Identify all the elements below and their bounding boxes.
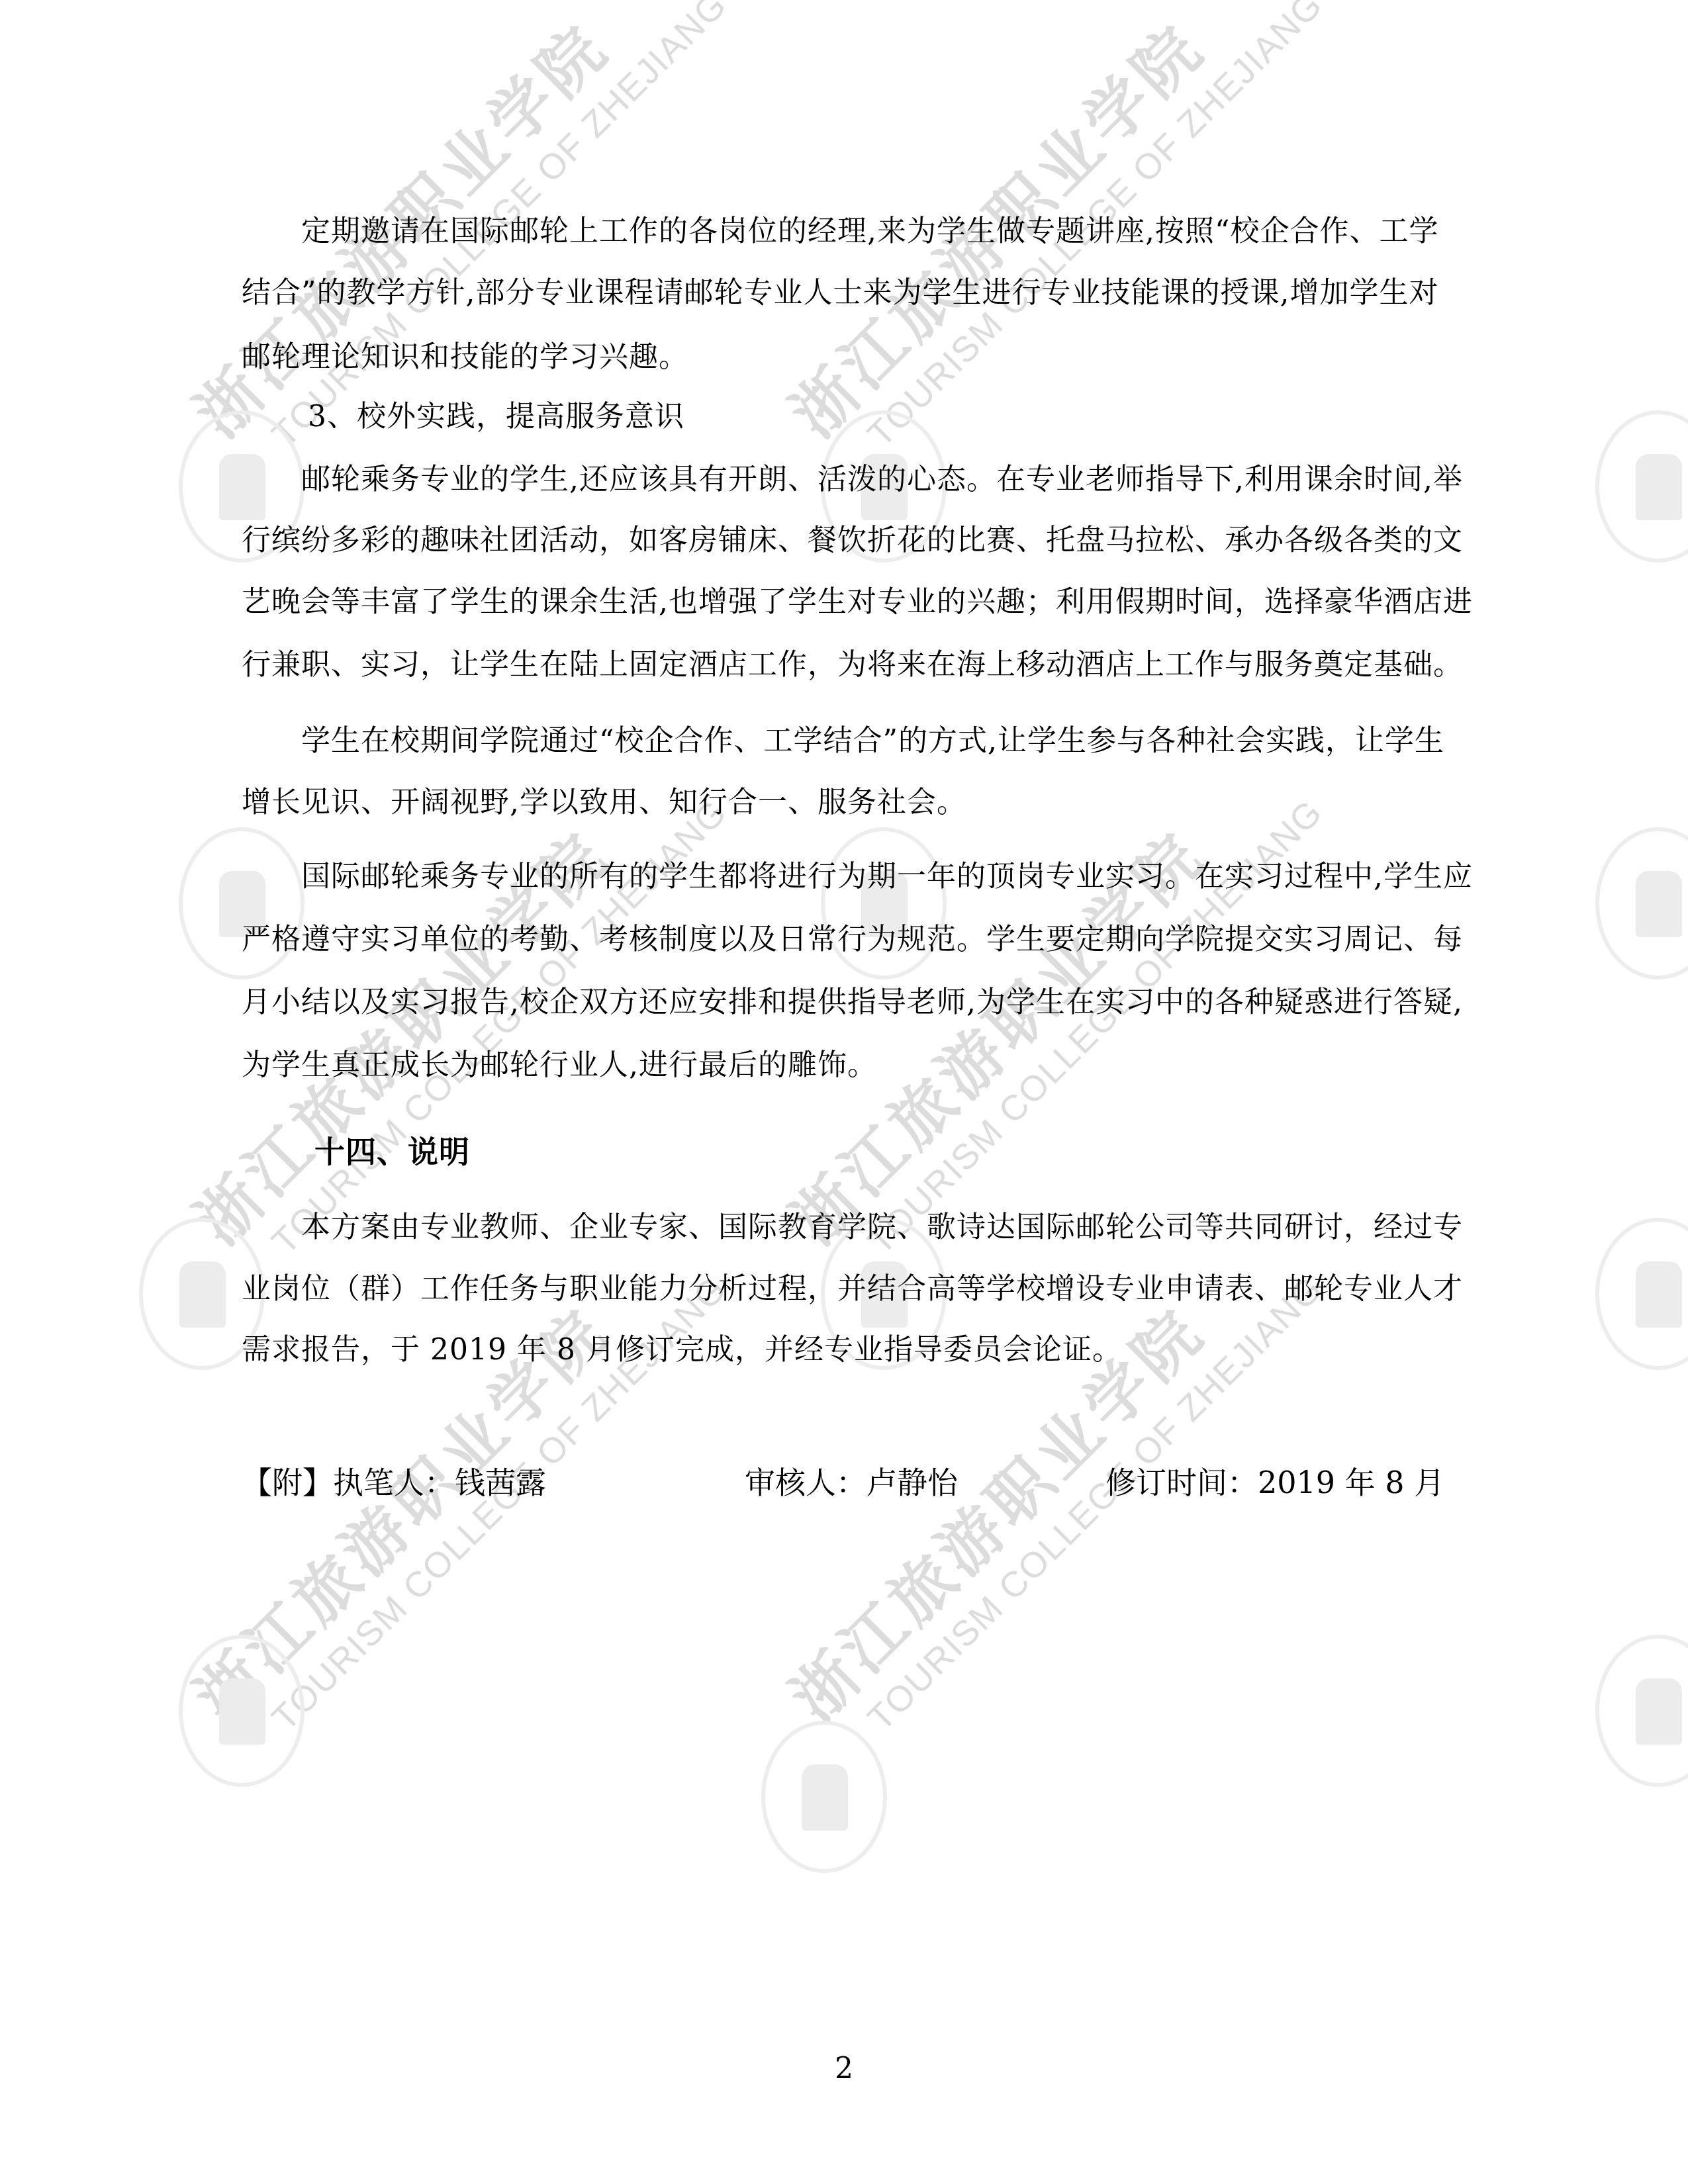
paragraph-line: 本方案由专业教师、企业专家、国际教育学院、歌诗达国际邮轮公司等共同研讨，经过专	[301, 1208, 1446, 1248]
page-number: 2	[0, 2052, 1688, 2085]
paragraph-line: 学生在校期间学院通过“校企合作、工学结合”的方式,让学生参与各种社会实践，让学生	[301, 721, 1446, 761]
reviewer-signature: 审核人：卢静怡	[745, 1463, 958, 1502]
author-signature: 【附】执笔人：钱茜露	[242, 1463, 546, 1502]
paragraph-line: 行兼职、实习，让学生在陆上固定酒店工作，为将来在海上移动酒店上工作与服务奠定基础…	[242, 645, 1446, 685]
paragraph-line: 行缤纷多彩的趣味社团活动，如客房铺床、餐饮折花的比赛、托盘马拉松、承办各级各类的…	[242, 521, 1446, 561]
paragraph-line: 月小结以及实习报告,校企双方还应安排和提供指导老师,为学生在实习中的各种疑惑进行…	[242, 983, 1446, 1023]
paragraph-line: 邮轮乘务专业的学生,还应该具有开朗、活泼的心态。在专业老师指导下,利用课余时间,…	[301, 460, 1446, 500]
paragraph-line: 业岗位（群）工作任务与职业能力分析过程，并结合高等学校增设专业申请表、邮轮专业人…	[242, 1269, 1446, 1309]
section-heading: 十四、说明	[314, 1132, 1519, 1171]
document-page: 定期邀请在国际邮轮上工作的各岗位的经理,来为学生做专题讲座,按照“校企合作、工学…	[0, 0, 1688, 2184]
paragraph-line: 国际邮轮乘务专业的所有的学生都将进行为期一年的顶岗专业实习。在实习过程中,学生应	[301, 857, 1446, 897]
paragraph-line: 增长见识、开阔视野,学以致用、知行合一、服务社会。	[242, 783, 1446, 823]
paragraph-line: 艺晚会等丰富了学生的课余生活,也增强了学生对专业的兴趣；利用假期时间，选择豪华酒…	[242, 582, 1446, 622]
paragraph-line: 严格遵守实习单位的考勤、考核制度以及日常行为规范。学生要定期向学院提交实习周记、…	[242, 920, 1446, 960]
paragraph-line: 为学生真正成长为邮轮行业人,进行最后的雕饰。	[242, 1046, 1446, 1085]
paragraph-line: 需求报告，于 2019 年 8 月修订完成，并经专业指导委员会论证。	[242, 1330, 1446, 1370]
paragraph-line: 邮轮理论知识和技能的学习兴趣。	[242, 338, 1446, 377]
paragraph-line: 结合”的教学方针,部分专业课程请邮轮专业人士来为学生进行专业技能课的授课,增加学…	[242, 273, 1446, 313]
revision-date: 修订时间：2019 年 8 月	[1105, 1463, 1444, 1502]
paragraph-line: 定期邀请在国际邮轮上工作的各岗位的经理,来为学生做专题讲座,按照“校企合作、工学	[301, 212, 1446, 251]
subheading: 3、校外实践，提高服务意识	[308, 397, 1513, 437]
